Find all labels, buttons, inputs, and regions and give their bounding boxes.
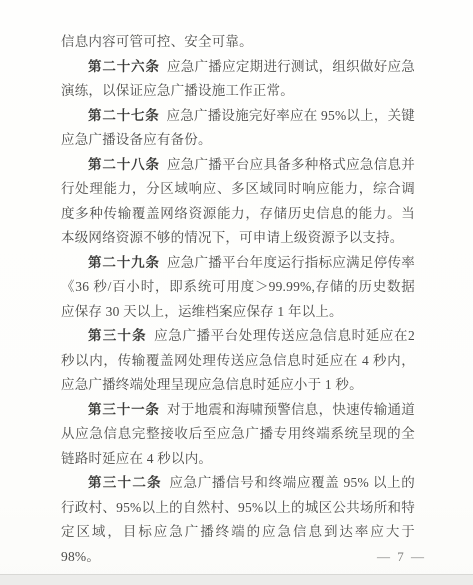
article-number: 第三十二条 <box>88 475 162 490</box>
paragraph: 第二十七条 应急广播设施完好率应在 95%以上，关键应急广播设备应有备份。 <box>61 104 415 153</box>
article-number: 第二十八条 <box>88 157 160 172</box>
article-number: 第二十七条 <box>88 108 160 123</box>
paragraph: 第二十六条 应急广播应定期进行测试，组织做好应急演练，以保证应急广播设施工作正常… <box>61 55 415 104</box>
article-number: 第二十六条 <box>88 59 160 74</box>
article-number: 第三十条 <box>88 328 147 343</box>
paragraph: 第二十八条 应急广播平台应具备多种格式应急信息并行处理能力，分区域响应、多区域同… <box>61 153 415 251</box>
paragraph: 第二十九条 应急广播平台年度运行指标应满足停传率《36 秒/百小时，即系统可用度… <box>61 251 415 325</box>
scanned-document-screenshot: { "document": { "paragraphs": [ { "artic… <box>0 0 473 585</box>
paragraph: 信息内容可管可控、安全可靠。 <box>61 30 415 55</box>
scan-bottom-edge <box>0 574 473 585</box>
document-text-block: 信息内容可管可控、安全可靠。 第二十六条 应急广播应定期进行测试，组织做好应急演… <box>61 30 415 569</box>
paragraph: 第三十条 应急广播平台处理传送应急信息时延应在2秒以内，传输覆盖网处理传送应急信… <box>61 324 415 398</box>
article-number: 第三十一条 <box>88 402 160 417</box>
paragraph: 第三十一条 对于地震和海啸预警信息，快速传输通道从应急信息完整接收后至应急广播专… <box>61 398 415 472</box>
article-number: 第二十九条 <box>88 255 160 270</box>
paragraph: 第三十二条 应急广播信号和终端应覆盖 95% 以上的行政村、95%以上的自然村、… <box>61 471 415 569</box>
paragraph-text: 信息内容可管可控、安全可靠。 <box>61 34 253 49</box>
page-number: — 7 — <box>377 548 426 566</box>
document-page: 信息内容可管可控、安全可靠。 第二十六条 应急广播应定期进行测试，组织做好应急演… <box>0 0 473 585</box>
